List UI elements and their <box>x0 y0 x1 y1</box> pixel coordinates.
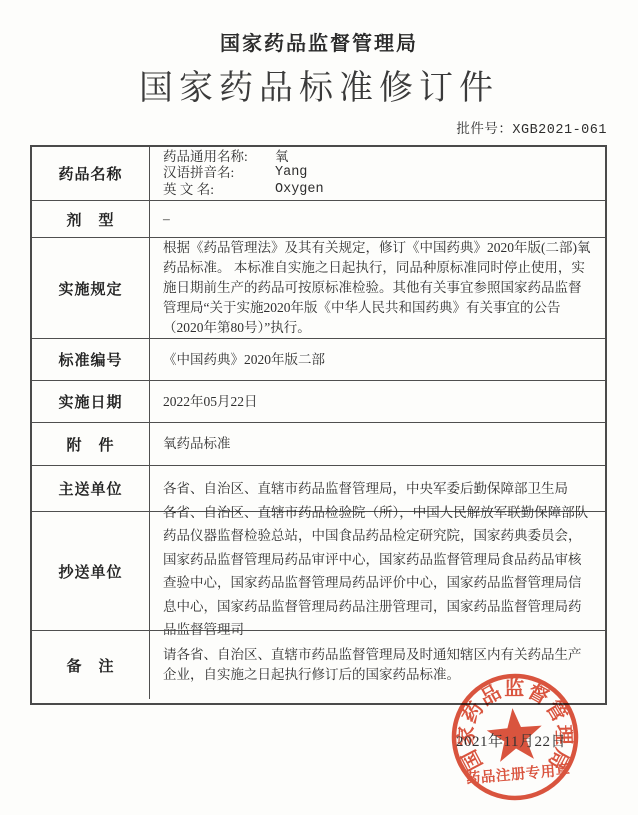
generic-name-value: 氧 <box>275 149 289 166</box>
row-label-implementation-date: 实施日期 <box>32 381 150 422</box>
row-label-dosage-form: 剂 型 <box>32 201 150 237</box>
row-label-standard-number: 标准编号 <box>32 339 150 380</box>
row-label-implementation-rules: 实施规定 <box>32 238 150 338</box>
generic-name-key: 药品通用名称: <box>163 149 275 166</box>
pinyin-name-key: 汉语拼音名: <box>163 165 275 182</box>
english-name-key: 英 文 名: <box>163 182 275 199</box>
table-row-dosage-form: 剂 型 – <box>32 200 605 237</box>
english-name-line: 英 文 名: Oxygen <box>163 182 591 199</box>
seal-date: 2021年11月22日 <box>440 730 582 751</box>
row-label-attachment: 附 件 <box>32 423 150 465</box>
english-name-value: Oxygen <box>275 182 324 199</box>
row-value-attachment: 氧药品标准 <box>150 423 605 465</box>
document-page: { "header": { "org": "国家药品监督管理局", "title… <box>0 0 638 815</box>
row-label-remarks: 备 注 <box>32 631 150 699</box>
standard-revision-table: 药品名称 药品通用名称: 氧 汉语拼音名: Yang 英 文 名: Oxygen… <box>30 145 607 705</box>
row-value-drug-name: 药品通用名称: 氧 汉语拼音名: Yang 英 文 名: Oxygen <box>150 147 605 200</box>
pinyin-name-value: Yang <box>275 165 307 182</box>
row-value-dosage-form: – <box>150 201 605 237</box>
row-label-primary-recipients: 主送单位 <box>32 466 150 511</box>
approval-number-label: 批件号： <box>456 121 512 136</box>
approval-number-value: XGB2021-061 <box>512 123 607 138</box>
drug-generic-name-line: 药品通用名称: 氧 <box>163 149 591 166</box>
document-title: 国家药品标准修订件 <box>0 60 638 109</box>
table-row-attachment: 附 件 氧药品标准 <box>32 422 605 465</box>
row-value-implementation-date: 2022年05月22日 <box>150 381 605 422</box>
table-row-cc-recipients: 抄送单位 各省、自治区、直辖市药品检验院（所），中国人民解放军联勤保障部队药品仪… <box>32 511 605 630</box>
row-value-standard-number: 《中国药典》2020年版二部 <box>150 339 605 380</box>
row-label-drug-name: 药品名称 <box>32 147 150 200</box>
implementation-rules-text: 根据《药品管理法》及其有关规定，修订《中国药典》2020年版(二部)氧药品标准。… <box>163 238 591 338</box>
cc-recipients-text: 各省、自治区、直辖市药品检验院（所），中国人民解放军联勤保障部队药品仪器监督检验… <box>163 501 591 642</box>
table-row-implementation-date: 实施日期 2022年05月22日 <box>32 380 605 422</box>
row-value-cc-recipients: 各省、自治区、直辖市药品检验院（所），中国人民解放军联勤保障部队药品仪器监督检验… <box>150 512 605 630</box>
row-label-cc-recipients: 抄送单位 <box>32 512 150 630</box>
table-row-drug-name: 药品名称 药品通用名称: 氧 汉语拼音名: Yang 英 文 名: Oxygen <box>32 147 605 200</box>
table-row-standard-number: 标准编号 《中国药典》2020年版二部 <box>32 338 605 380</box>
row-value-implementation-rules: 根据《药品管理法》及其有关规定，修订《中国药典》2020年版(二部)氧药品标准。… <box>150 238 605 338</box>
approval-number-line: 批件号：XGB2021-061 <box>456 117 607 138</box>
pinyin-name-line: 汉语拼音名: Yang <box>163 165 591 182</box>
table-row-implementation-rules: 实施规定 根据《药品管理法》及其有关规定，修订《中国药典》2020年版(二部)氧… <box>32 237 605 338</box>
issuing-org-title: 国家药品监督管理局 <box>0 27 638 56</box>
